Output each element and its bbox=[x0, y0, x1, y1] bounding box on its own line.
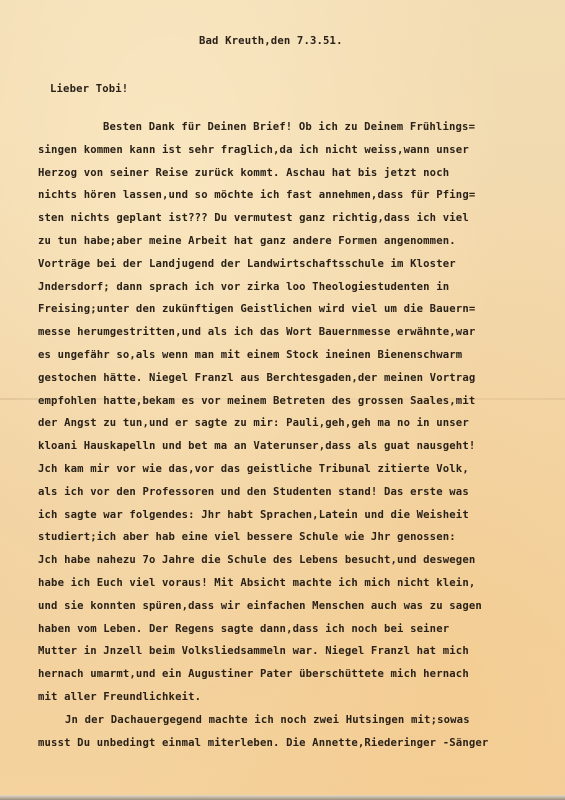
text-line: nichts hören lassen,und so möchte ich fa… bbox=[38, 184, 558, 207]
text-line: es ungefähr so,als wenn man mit einem St… bbox=[38, 344, 558, 367]
text-line: zu tun habe;aber meine Arbeit hat ganz a… bbox=[38, 230, 558, 253]
text-line: als ich vor den Professoren und den Stud… bbox=[38, 481, 558, 504]
paragraph: Jn der Dachauergegend machte ich noch zw… bbox=[38, 709, 558, 755]
text-line: Besten Dank für Deinen Brief! Ob ich zu … bbox=[38, 116, 558, 139]
text-line: sten nichts geplant ist??? Du vermutest … bbox=[38, 207, 558, 230]
text-line: Herzog von seiner Reise zurück kommt. As… bbox=[38, 162, 558, 185]
dateline: Bad Kreuth,den 7.3.51. bbox=[199, 35, 343, 47]
text-line: singen kommen kann ist sehr fraglich,da … bbox=[38, 139, 558, 162]
salutation: Lieber Tobi! bbox=[50, 83, 128, 95]
text-line: der Angst zu tun,und er sagte zu mir: Pa… bbox=[38, 412, 558, 435]
text-line: und sie konnten spüren,dass wir einfache… bbox=[38, 595, 558, 618]
letter-page: Bad Kreuth,den 7.3.51. Lieber Tobi! Best… bbox=[0, 0, 565, 795]
text-line: Mutter in Jnzell beim Volksliedsammeln w… bbox=[38, 640, 558, 663]
page-bottom-edge bbox=[0, 795, 565, 800]
text-line: Jndersdorf; dann sprach ich vor zirka lo… bbox=[38, 276, 558, 299]
text-line: ich sagte war folgendes: Jhr habt Sprach… bbox=[38, 504, 558, 527]
letter-body: Besten Dank für Deinen Brief! Ob ich zu … bbox=[38, 116, 558, 754]
text-line: Freising;unter den zukünftigen Geistlich… bbox=[38, 298, 558, 321]
text-line: studiert;ich aber hab eine viel bessere … bbox=[38, 526, 558, 549]
text-line: haben vom Leben. Der Regens sagte dann,d… bbox=[38, 618, 558, 641]
text-line: Jch habe nahezu 7o Jahre die Schule des … bbox=[38, 549, 558, 572]
text-line: empfohlen hatte,bekam es vor meinem Betr… bbox=[38, 390, 558, 413]
text-line: gestochen hätte. Niegel Franzl aus Berch… bbox=[38, 367, 558, 390]
text-line: Jch kam mir vor wie das,vor das geistlic… bbox=[38, 458, 558, 481]
text-line: messe herumgestritten,und als ich das Wo… bbox=[38, 321, 558, 344]
text-line: mit aller Freundlichkeit. bbox=[38, 686, 558, 709]
text-line: kloani Hauskapelln und bet ma an Vaterun… bbox=[38, 435, 558, 458]
text-line: hernach umarmt,und ein Augustiner Pater … bbox=[38, 663, 558, 686]
paragraph: Besten Dank für Deinen Brief! Ob ich zu … bbox=[38, 116, 558, 709]
text-line: Jn der Dachauergegend machte ich noch zw… bbox=[38, 709, 558, 732]
text-line: musst Du unbedingt einmal miterleben. Di… bbox=[38, 732, 558, 755]
text-line: habe ich Euch viel voraus! Mit Absicht m… bbox=[38, 572, 558, 595]
text-line: Vorträge bei der Landjugend der Landwirt… bbox=[38, 253, 558, 276]
